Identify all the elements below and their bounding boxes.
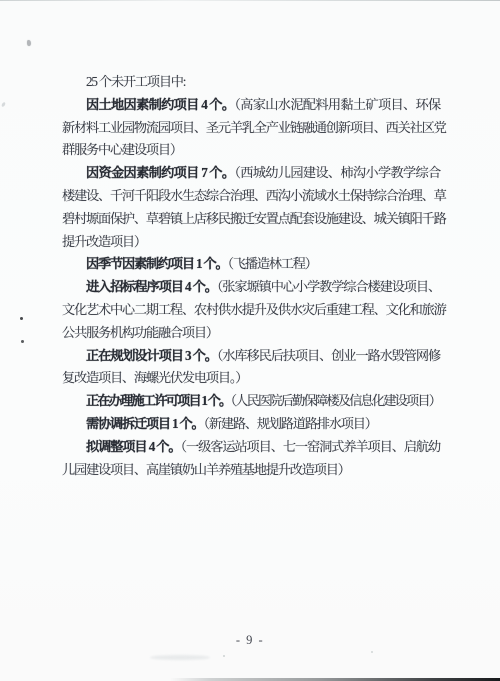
text-run: 25 个未开工项目中:	[86, 74, 185, 89]
text-run: 新材料工业园物流园项目、圣元羊乳全产业链融通创新项目、西关社区党	[62, 120, 446, 135]
scan-speck	[223, 655, 225, 657]
text-line: 碧村塬面保护、草碧镇上店移民搬迁安置点配套设施建设、城关镇阳千路	[62, 208, 440, 231]
text-line: 新材料工业园物流园项目、圣元羊乳全产业链融通创新项目、西关社区党	[62, 117, 440, 140]
text-run: （飞播造林工程）	[227, 256, 316, 271]
scan-top-edge-line	[0, 0, 500, 1]
text-run: （西城幼儿园建设、柿沟小学教学综合	[234, 165, 440, 180]
ink-dot	[21, 340, 24, 343]
bold-run: 正在办理施工许可项目 1 个。	[86, 393, 230, 408]
text-line: 正在规划设计项目 3 个。（水库移民后扶项目、创业一路水毁管网修	[62, 345, 440, 368]
text-line: 因季节因素制约项目 1 个。（飞播造林工程）	[62, 253, 440, 276]
text-run: 提升改造项目）	[62, 234, 146, 249]
text-run: 公共服务机构功能融合项目）	[62, 325, 218, 340]
text-run: 文化艺术中心二期工程、农村供水提升及供水灾后重建工程、文化和旅游	[62, 302, 446, 317]
ink-dot	[20, 317, 23, 320]
text-run: （水库移民后扶项目、创业一路水毁管网修	[217, 348, 440, 363]
text-run: 儿园建设项目、高崖镇奶山羊养殖基地提升改造项目）	[62, 462, 350, 477]
page-number: - 9 -	[0, 633, 500, 648]
text-run: 群服务中心建设项目）	[62, 142, 182, 157]
text-run: （人民医院后勤保障楼及信息化建设项目）	[230, 393, 440, 408]
text-run: （高家山水泥配料用黏土矿项目、环保	[234, 97, 440, 112]
text-line: 因土地因素制约项目 4 个。（高家山水泥配料用黏土矿项目、环保	[62, 94, 440, 117]
text-line: 进入招标程序项目 4 个。（张家塬镇中心小学教学综合楼建设项目、	[62, 276, 440, 299]
bold-run: 因资金因素制约项目 7 个。	[86, 165, 234, 180]
bold-run: 需协调拆迁项目 1 个。	[86, 416, 203, 431]
text-line: 拟调整项目 4 个。（一级客运站项目、七一窑洞式养羊项目、启航幼	[62, 436, 440, 459]
text-run: （新建路、规划路道路排水项目）	[203, 416, 376, 431]
scan-smudge	[150, 655, 210, 660]
text-run: 楼建设、千河千阳段水生态综合治理、西沟小流域水土保持综合治理、草	[62, 188, 446, 203]
text-line: 公共服务机构功能融合项目）	[62, 322, 440, 345]
text-run: （张家塬镇中心小学教学综合楼建设项目、	[217, 279, 440, 294]
scan-speck	[1, 102, 6, 108]
text-line: 因资金因素制约项目 7 个。（西城幼儿园建设、柿沟小学教学综合	[62, 162, 440, 185]
text-run: 碧村塬面保护、草碧镇上店移民搬迁安置点配套设施建设、城关镇阳千路	[62, 211, 446, 226]
document-body: 25 个未开工项目中: 因土地因素制约项目 4 个。（高家山水泥配料用黏土矿项目…	[62, 71, 440, 481]
bold-run: 因土地因素制约项目 4 个。	[86, 97, 234, 112]
bold-run: 进入招标程序项目 4 个。	[86, 279, 217, 294]
text-run: 复改造项目、海螺光伏发电项目。）	[62, 370, 247, 385]
scan-speck	[371, 651, 373, 653]
scan-speck	[27, 40, 31, 46]
text-line: 楼建设、千河千阳段水生态综合治理、西沟小流域水土保持综合治理、草	[62, 185, 440, 208]
bold-run: 拟调整项目 4 个。	[86, 439, 181, 454]
text-line: 文化艺术中心二期工程、农村供水提升及供水灾后重建工程、文化和旅游	[62, 299, 440, 322]
bold-run: 正在规划设计项目 3 个。	[86, 348, 217, 363]
bold-run: 因季节因素制约项目 1 个。	[86, 256, 227, 271]
scanned-document-page: 25 个未开工项目中: 因土地因素制约项目 4 个。（高家山水泥配料用黏土矿项目…	[0, 0, 500, 681]
text-line: 儿园建设项目、高崖镇奶山羊养殖基地提升改造项目）	[62, 459, 440, 482]
text-line: 群服务中心建设项目）	[62, 139, 440, 162]
text-line: 复改造项目、海螺光伏发电项目。）	[62, 367, 440, 390]
text-line: 25 个未开工项目中:	[62, 71, 440, 94]
text-line: 正在办理施工许可项目 1 个。（人民医院后勤保障楼及信息化建设项目）	[62, 390, 440, 413]
text-line: 提升改造项目）	[62, 231, 440, 254]
text-line: 需协调拆迁项目 1 个。（新建路、规划路道路排水项目）	[62, 413, 440, 436]
text-run: （一级客运站项目、七一窑洞式养羊项目、启航幼	[181, 439, 441, 454]
